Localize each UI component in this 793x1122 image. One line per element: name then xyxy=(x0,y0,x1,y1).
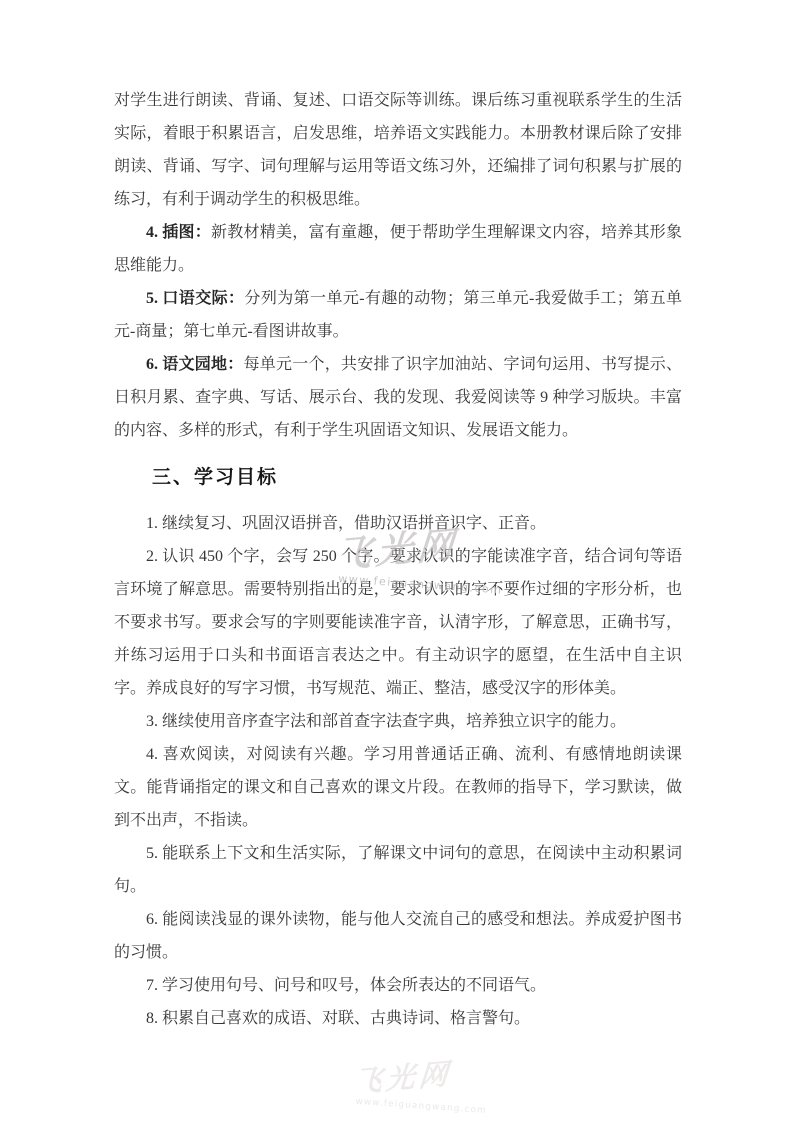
paragraph-text: 7. 学习使用句号、问号和叹号，体会所表达的不同语气。 xyxy=(146,977,546,994)
paragraph-text: 2. 认识 450 个字，会写 250 个字。要求认识的字能读准字音，结合词句等… xyxy=(114,548,682,697)
body-paragraph: 5. 口语交际：分列为第一单元-有趣的动物；第三单元-我爱做手工；第五单元-商量… xyxy=(114,282,682,348)
goal-paragraph: 2. 认识 450 个字，会写 250 个字。要求认识的字能读准字音，结合词句等… xyxy=(114,540,682,705)
watermark-bottom: 飞光网 www.feiguangwang.com xyxy=(352,1049,487,1107)
paragraph-text: 4. 喜欢阅读，对阅读有兴趣。学习用普通话正确、流利、有感情地朗读课文。能背诵指… xyxy=(114,746,682,829)
paragraph-text: 3. 继续使用音序查字法和部首查字法查字典，培养独立识字的能力。 xyxy=(146,713,626,730)
paragraph-text: 1. 继续复习、巩固汉语拼音，借助汉语拼音识字、正音。 xyxy=(146,515,546,532)
paragraph-text: 8. 积累自己喜欢的成语、对联、古典诗词、格言警句。 xyxy=(146,1010,530,1027)
watermark-url-text: www.feiguangwang.com xyxy=(355,1096,487,1116)
goal-paragraph: 7. 学习使用句号、问号和叹号，体会所表达的不同语气。 xyxy=(114,969,682,1002)
paragraph-text: 对学生进行朗读、背诵、复述、口语交际等训练。课后练习重视联系学生的生活实际，着眼… xyxy=(114,92,682,208)
goal-paragraph: 1. 继续复习、巩固汉语拼音，借助汉语拼音识字、正音。 xyxy=(114,507,682,540)
paragraph-label: 4. 插图： xyxy=(146,224,211,241)
body-paragraph: 4. 插图：新教材精美，富有童趣，便于帮助学生理解课文内容，培养其形象思维能力。 xyxy=(114,216,682,282)
paragraph-label: 6. 语文园地： xyxy=(146,356,244,373)
document-page: 对学生进行朗读、背诵、复述、口语交际等训练。课后练习重视联系学生的生活实际，着眼… xyxy=(0,0,793,1122)
page-text-block: 对学生进行朗读、背诵、复述、口语交际等训练。课后练习重视联系学生的生活实际，着眼… xyxy=(114,84,682,1035)
goal-paragraph: 3. 继续使用音序查字法和部首查字法查字典，培养独立识字的能力。 xyxy=(114,705,682,738)
goal-paragraph: 6. 能阅读浅显的课外读物，能与他人交流自己的感受和想法。养成爱护图书的习惯。 xyxy=(114,903,682,969)
body-paragraph: 对学生进行朗读、背诵、复述、口语交际等训练。课后练习重视联系学生的生活实际，着眼… xyxy=(114,84,682,216)
goal-paragraph: 8. 积累自己喜欢的成语、对联、古典诗词、格言警句。 xyxy=(114,1002,682,1035)
goal-paragraph: 5. 能联系上下文和生活实际，了解课文中词句的意思，在阅读中主动积累词句。 xyxy=(114,837,682,903)
paragraph-text: 5. 能联系上下文和生活实际，了解课文中词句的意思，在阅读中主动积累词句。 xyxy=(114,845,682,895)
paragraph-text: 6. 能阅读浅显的课外读物，能与他人交流自己的感受和想法。养成爱护图书的习惯。 xyxy=(114,911,682,961)
watermark-logo-text: 飞光网 xyxy=(352,1048,487,1101)
body-paragraph: 6. 语文园地：每单元一个，共安排了识字加油站、字词句运用、书写提示、日积月累、… xyxy=(114,348,682,447)
goal-paragraph: 4. 喜欢阅读，对阅读有兴趣。学习用普通话正确、流利、有感情地朗读课文。能背诵指… xyxy=(114,738,682,837)
paragraph-label: 5. 口语交际： xyxy=(146,290,244,307)
section-heading: 三、学习目标 xyxy=(114,461,682,495)
